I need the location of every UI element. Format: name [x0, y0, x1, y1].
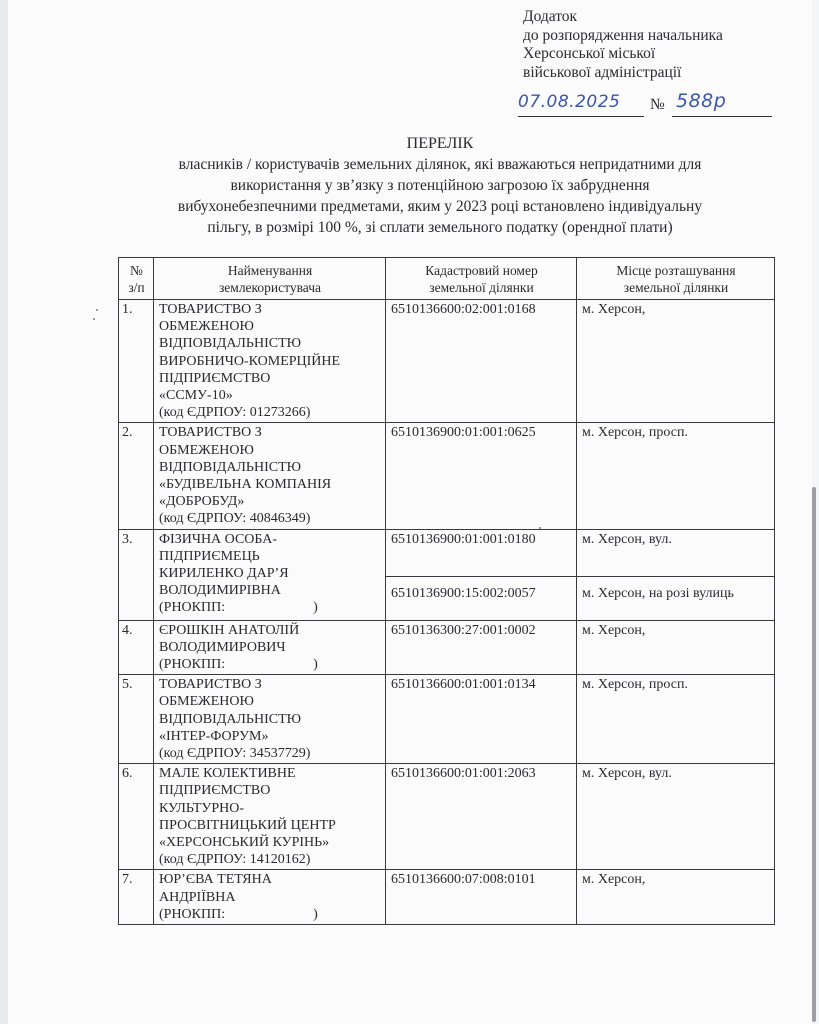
header-location: Місце розташуванняземельної ділянки [577, 258, 775, 300]
table-row: 3.ФІЗИЧНА ОСОБА-ПІДПРИЄМЕЦЬКИРИЛЕНКО ДАР… [119, 529, 775, 576]
parcel-location: м. Херсон, вул. [577, 764, 775, 870]
cadastral-number: 6510136600:01:001:0134 [386, 675, 577, 764]
land-user-name: ТОВАРИСТВО ЗОБМЕЖЕНОЮВІДПОВІДАЛЬНІСТЮВИР… [154, 300, 386, 423]
parcel-location: м. Херсон, [577, 870, 775, 925]
cadastral-number: 6510136300:27:001:0002 [386, 620, 577, 675]
table-header-row: №з/п Найменуванняземлекористувача Кадаст… [119, 258, 775, 300]
cadastral-number: 6510136900:01:001:0180 [386, 529, 577, 576]
name-line: (код ЄДРПОУ: 14120162) [159, 851, 381, 868]
parcel-location: м. Херсон, [577, 300, 775, 423]
name-line: АНДРІЇВНА [159, 889, 381, 906]
cadastral-number: 6510136600:01:001:2063 [386, 764, 577, 870]
land-user-name: ТОВАРИСТВО ЗОБМЕЖЕНОЮВІДПОВІДАЛЬНІСТЮ«БУ… [154, 423, 386, 529]
name-line: ВОЛОДИМИРОВИЧ [159, 639, 381, 656]
land-user-name: ЮР’ЄВА ТЕТЯНААНДРІЇВНА(РНОКПП:) [154, 870, 386, 925]
table-row: 2.ТОВАРИСТВО ЗОБМЕЖЕНОЮВІДПОВІДАЛЬНІСТЮ«… [119, 423, 775, 529]
cadastral-number: 6510136600:07:008:0101 [386, 870, 577, 925]
name-line: ПІДПРИЄМСТВО [159, 370, 381, 387]
name-line: ВИРОБНИЧО-КОМЕРЦІЙНЕ [159, 353, 381, 370]
number-label: № [650, 96, 665, 114]
name-line: КИРИЛЕНКО ДАР’Я [159, 565, 381, 582]
table-row: 4.ЄРОШКІН АНАТОЛІЙВОЛОДИМИРОВИЧ(РНОКПП:)… [119, 620, 775, 675]
document-page: Додаток до розпорядження начальника Херс… [0, 0, 812, 1024]
handwritten-date: 07.08.2025 [518, 92, 620, 112]
cadastral-number: 6510136900:15:002:0057 [386, 576, 577, 620]
title-subtitle-line: вибухонебезпечними предметами, яким у 20… [100, 196, 780, 217]
appendix-line: Додаток [523, 8, 723, 27]
row-number: 5. [119, 675, 154, 764]
name-line: (РНОКПП:) [159, 656, 381, 673]
parcel-location: м. Херсон, на розі вулиць [577, 576, 775, 620]
name-line: (код ЄДРПОУ: 34537729) [159, 745, 381, 762]
name-line: ВІДПОВІДАЛЬНІСТЮ [159, 335, 381, 352]
name-line: ПІДПРИЄМЕЦЬ [159, 548, 381, 565]
name-line: ОБМЕЖЕНОЮ [159, 442, 381, 459]
header-cadastral: Кадастровий номерземельної ділянки [386, 258, 577, 300]
name-line: КУЛЬТУРНО- [159, 800, 381, 817]
land-user-name: МАЛЕ КОЛЕКТИВНЕПІДПРИЄМСТВОКУЛЬТУРНО-ПРО… [154, 764, 386, 870]
name-line: (код ЄДРПОУ: 01273266) [159, 404, 381, 421]
name-line: ЄРОШКІН АНАТОЛІЙ [159, 622, 381, 639]
table-row: 1.ТОВАРИСТВО ЗОБМЕЖЕНОЮВІДПОВІДАЛЬНІСТЮВ… [119, 300, 775, 423]
name-line: ОБМЕЖЕНОЮ [159, 693, 381, 710]
parcel-location: м. Херсон, просп. [577, 423, 775, 529]
row-number: 2. [119, 423, 154, 529]
table-row: 6.МАЛЕ КОЛЕКТИВНЕПІДПРИЄМСТВОКУЛЬТУРНО-П… [119, 764, 775, 870]
appendix-header: Додаток до розпорядження начальника Херс… [523, 8, 723, 82]
name-line: «ССМУ-10» [159, 387, 381, 404]
appendix-line: військової адміністрації [523, 64, 723, 83]
table-body: 1.ТОВАРИСТВО ЗОБМЕЖЕНОЮВІДПОВІДАЛЬНІСТЮВ… [119, 300, 775, 925]
name-line: ОБМЕЖЕНОЮ [159, 318, 381, 335]
row-number: 3. [119, 529, 154, 620]
name-line: ВОЛОДИМИРІВНА [159, 582, 381, 599]
name-line: «ІНТЕР-ФОРУМ» [159, 728, 381, 745]
name-line: «ДОБРОБУД» [159, 493, 381, 510]
document-title: ПЕРЕЛІК власників / користувачів земельн… [100, 133, 780, 238]
header-name: Найменуванняземлекористувача [154, 258, 386, 300]
cadastral-number: 6510136600:02:001:0168 [386, 300, 577, 423]
name-line: ЮР’ЄВА ТЕТЯНА [159, 871, 381, 888]
row-number: 4. [119, 620, 154, 675]
appendix-line: Херсонської міської [523, 45, 723, 64]
title-subtitle-line: власників / користувачів земельних ділян… [100, 154, 780, 175]
row-number: 7. [119, 870, 154, 925]
parcel-location: м. Херсон, вул. [577, 529, 775, 576]
land-user-name: ФІЗИЧНА ОСОБА-ПІДПРИЄМЕЦЬКИРИЛЕНКО ДАР’Я… [154, 529, 386, 620]
name-line: (РНОКПП:) [159, 906, 381, 923]
name-line: ВІДПОВІДАЛЬНІСТЮ [159, 459, 381, 476]
parcel-location: м. Херсон, [577, 620, 775, 675]
page-edge [0, 0, 8, 1024]
scan-speck [93, 318, 95, 320]
parcel-location: м. Херсон, просп. [577, 675, 775, 764]
land-user-name: ЄРОШКІН АНАТОЛІЙВОЛОДИМИРОВИЧ(РНОКПП:) [154, 620, 386, 675]
name-line: МАЛЕ КОЛЕКТИВНЕ [159, 765, 381, 782]
name-line: «БУДІВЕЛЬНА КОМПАНІЯ [159, 476, 381, 493]
title-subtitle-line: пільгу, в розмірі 100 %, зі сплати земел… [100, 217, 780, 238]
name-line: ФІЗИЧНА ОСОБА- [159, 531, 381, 548]
land-users-table: №з/п Найменуванняземлекористувача Кадаст… [118, 257, 775, 925]
name-line: (РНОКПП:) [159, 599, 381, 616]
scrollbar[interactable] [812, 487, 816, 1022]
name-line: ТОВАРИСТВО З [159, 424, 381, 441]
title-heading: ПЕРЕЛІК [100, 133, 780, 154]
handwritten-number: 588р [676, 90, 726, 112]
name-line: ТОВАРИСТВО З [159, 676, 381, 693]
row-number: 1. [119, 300, 154, 423]
scan-speck [539, 527, 541, 529]
name-line: ПІДПРИЄМСТВО [159, 782, 381, 799]
table-row: 5.ТОВАРИСТВО ЗОБМЕЖЕНОЮВІДПОВІДАЛЬНІСТЮ«… [119, 675, 775, 764]
name-line: ВІДПОВІДАЛЬНІСТЮ [159, 711, 381, 728]
row-number: 6. [119, 764, 154, 870]
land-user-name: ТОВАРИСТВО ЗОБМЕЖЕНОЮВІДПОВІДАЛЬНІСТЮ«ІН… [154, 675, 386, 764]
table-row: 7.ЮР’ЄВА ТЕТЯНААНДРІЇВНА(РНОКПП:)6510136… [119, 870, 775, 925]
header-number: №з/п [119, 258, 154, 300]
cadastral-number: 6510136900:01:001:0625 [386, 423, 577, 529]
appendix-line: до розпорядження начальника [523, 27, 723, 46]
title-subtitle-line: використання у зв’язку з потенційною заг… [100, 175, 780, 196]
name-line: ПРОСВІТНИЦЬКИЙ ЦЕНТР [159, 817, 381, 834]
name-line: (код ЄДРПОУ: 40846349) [159, 510, 381, 527]
name-line: «ХЕРСОНСЬКИЙ КУРІНЬ» [159, 834, 381, 851]
name-line: ТОВАРИСТВО З [159, 301, 381, 318]
scan-speck [96, 309, 98, 311]
